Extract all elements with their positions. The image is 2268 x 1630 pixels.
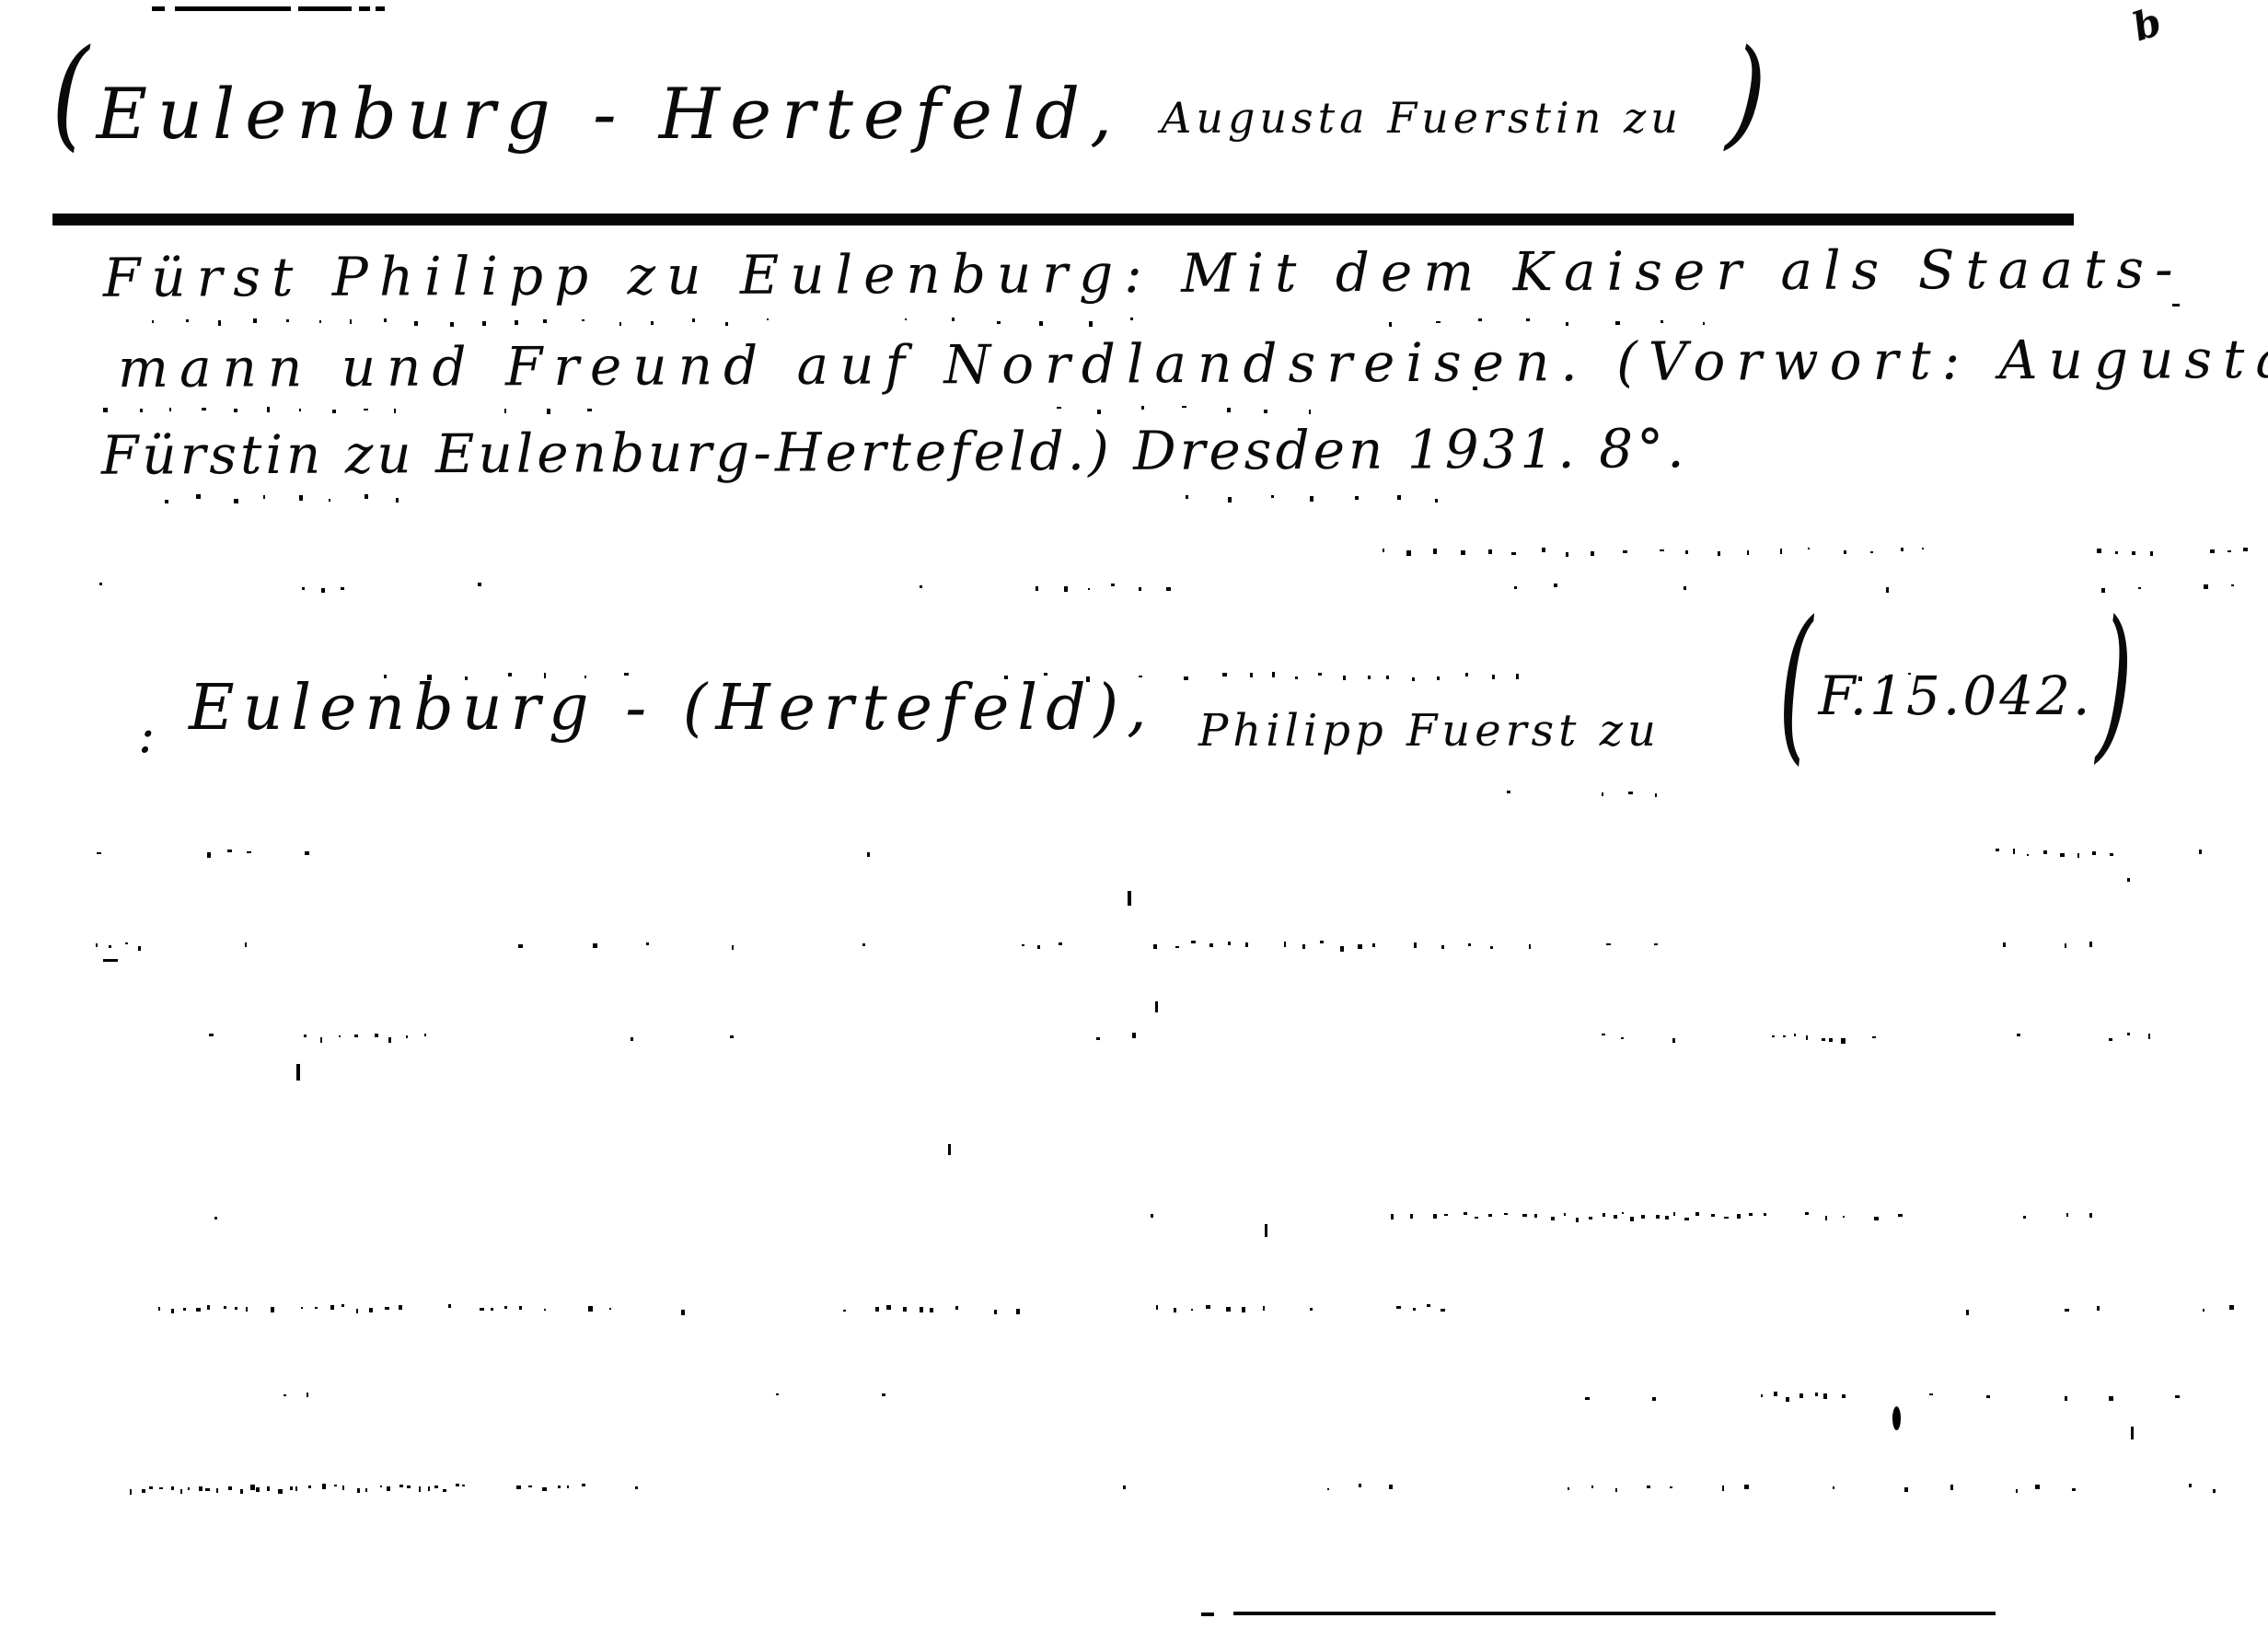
scan-speck xyxy=(1833,1486,1834,1488)
scan-speck xyxy=(1761,1394,1763,1397)
scan-speck xyxy=(202,408,206,410)
scan-speck xyxy=(1780,549,1782,554)
entry-line-2: mann und Freund auf Nordlandsreisen. (Vo… xyxy=(118,332,2268,395)
scan-speck xyxy=(428,1486,431,1492)
scan-speck xyxy=(732,945,734,950)
scan-speck xyxy=(1922,548,1925,549)
entry-line-1: Fürst Philipp zu Eulenburg: Mit dem Kais… xyxy=(103,242,2184,305)
scan-speck xyxy=(218,320,222,326)
scan-speck xyxy=(1022,944,1024,947)
scan-speck xyxy=(380,1485,383,1487)
shelfmark-open-paren: ( xyxy=(1778,599,1812,767)
cross-reference-name: Philipp Fuerst zu xyxy=(1198,709,1660,753)
scan-speck xyxy=(588,1306,593,1311)
scan-speck xyxy=(1614,1215,1617,1220)
scan-speck xyxy=(1815,1393,1819,1396)
scan-mark xyxy=(948,1144,951,1155)
scan-speck xyxy=(1228,497,1232,503)
scan-speck xyxy=(138,946,141,951)
scan-speck xyxy=(1250,673,1253,677)
scan-speck xyxy=(1309,410,1311,414)
scan-mark xyxy=(103,959,118,962)
scan-speck xyxy=(1908,673,1911,675)
scan-speck xyxy=(424,1034,426,1036)
scan-speck xyxy=(619,322,621,326)
scan-speck xyxy=(2203,1309,2205,1312)
scan-speck xyxy=(1383,549,1384,552)
scan-speck xyxy=(1656,1215,1660,1219)
scan-speck xyxy=(1222,673,1226,676)
scan-speck xyxy=(267,407,271,412)
scan-speck xyxy=(528,1485,532,1487)
scan-speck xyxy=(1340,946,1344,952)
scan-speck xyxy=(1737,1214,1740,1220)
scan-speck xyxy=(2204,584,2208,589)
scan-speck xyxy=(253,318,257,323)
scan-speck xyxy=(767,318,769,320)
scan-speck xyxy=(1673,1212,1675,1216)
scan-speck xyxy=(385,1307,389,1310)
scan-speck xyxy=(1359,1484,1361,1487)
scan-speck xyxy=(235,1307,237,1310)
scan-speck xyxy=(504,1306,507,1309)
scan-speck xyxy=(862,943,865,946)
scan-speck xyxy=(1191,1309,1193,1311)
scan-speck xyxy=(205,1488,210,1492)
scan-speck xyxy=(631,1037,633,1041)
scan-speck xyxy=(1898,1214,1903,1217)
scan-speck xyxy=(283,1394,287,1396)
scan-speck xyxy=(1389,1485,1392,1490)
scan-speck xyxy=(342,1485,344,1490)
scan-speck xyxy=(2127,1033,2130,1035)
scan-speck xyxy=(1822,1038,1825,1041)
scan-speck xyxy=(1622,1212,1624,1214)
scan-speck xyxy=(228,1486,232,1489)
scan-speck xyxy=(1589,1217,1592,1220)
scan-speck xyxy=(299,495,303,501)
scan-speck xyxy=(1711,1214,1715,1217)
scan-speck xyxy=(1695,1212,1699,1215)
scan-mark xyxy=(1265,1224,1267,1237)
scan-speck xyxy=(1576,1218,1579,1222)
scan-speck xyxy=(1057,407,1061,409)
scan-speck xyxy=(419,1486,421,1492)
scan-speck xyxy=(1703,322,1706,325)
scan-speck xyxy=(1044,673,1047,675)
scan-speck xyxy=(240,1489,243,1495)
scan-speck xyxy=(384,318,387,322)
scan-speck xyxy=(1591,551,1594,556)
scan-speck xyxy=(1504,1213,1508,1215)
scan-speck xyxy=(396,498,399,503)
scan-speck xyxy=(199,1486,202,1491)
scan-speck xyxy=(646,942,649,945)
scan-speck xyxy=(681,1310,685,1315)
scan-speck xyxy=(515,320,517,324)
scan-speck xyxy=(725,322,729,326)
scan-speck xyxy=(1111,584,1115,586)
scan-speck xyxy=(1724,1217,1729,1220)
scan-speck xyxy=(399,1485,403,1487)
scan-speck xyxy=(584,676,586,679)
scan-speck xyxy=(1130,318,1133,320)
scan-speck xyxy=(1684,1218,1689,1221)
scan-speck xyxy=(1302,944,1305,950)
heading-open-paren: ( xyxy=(52,33,89,153)
scan-speck xyxy=(450,322,454,328)
scan-speck xyxy=(2027,854,2029,857)
scan-speck xyxy=(2092,851,2096,855)
scan-speck xyxy=(843,1310,845,1312)
scan-speck xyxy=(103,408,107,412)
scan-speck xyxy=(1396,1306,1401,1309)
scan-speck xyxy=(1874,1217,1879,1220)
scan-speck xyxy=(1660,320,1664,322)
scan-speck xyxy=(209,1034,214,1037)
scan-speck xyxy=(491,1308,493,1311)
scan-speck xyxy=(1441,945,1444,949)
scan-speck xyxy=(1151,1214,1153,1218)
scan-speck xyxy=(1228,942,1232,946)
scan-speck xyxy=(1858,676,1863,681)
scan-speck xyxy=(1182,406,1186,408)
scan-speck xyxy=(1641,1215,1646,1219)
scan-speck xyxy=(448,1304,452,1308)
scan-speck xyxy=(247,851,251,853)
scan-speck xyxy=(2132,551,2135,555)
scan-speck xyxy=(1522,1214,1527,1217)
scan-speck xyxy=(1037,945,1040,949)
scan-speck xyxy=(2199,850,2202,854)
scan-speck xyxy=(1156,1305,1159,1310)
scan-speck xyxy=(332,410,336,413)
scan-speck xyxy=(234,409,237,412)
scan-speck xyxy=(149,1486,152,1489)
scan-speck xyxy=(2231,584,2234,587)
scan-speck xyxy=(1806,1035,1809,1040)
scan-speck xyxy=(1772,1035,1775,1038)
edge-dash xyxy=(376,6,385,11)
scan-speck xyxy=(216,1488,218,1493)
scan-speck xyxy=(776,1393,779,1395)
scan-speck xyxy=(2115,551,2118,554)
scan-speck xyxy=(1603,1213,1605,1217)
scan-speck xyxy=(2097,549,2101,554)
scan-speck xyxy=(1016,1309,1020,1314)
scan-speck xyxy=(1461,550,1465,555)
scan-speck xyxy=(543,319,547,324)
scan-speck xyxy=(180,1489,182,1495)
scan-speck xyxy=(1284,942,1287,947)
scan-speck xyxy=(407,1485,411,1489)
scan-speck xyxy=(304,1035,307,1037)
scan-speck xyxy=(394,409,396,413)
scan-speck xyxy=(1542,548,1545,552)
scan-speck xyxy=(364,409,367,411)
heading-close-paren: ) xyxy=(1725,32,1769,155)
scan-speck xyxy=(1507,791,1510,793)
scan-speck xyxy=(1153,944,1158,950)
scan-speck xyxy=(1437,676,1441,680)
scan-speck xyxy=(1318,673,1323,676)
scan-speck xyxy=(542,1487,547,1491)
scan-speck xyxy=(1870,551,1873,554)
scan-speck xyxy=(867,852,870,857)
scan-speck xyxy=(920,585,921,588)
scan-speck xyxy=(1089,321,1093,327)
scan-speck xyxy=(544,1309,546,1311)
scan-speck xyxy=(350,319,352,324)
scan-speck xyxy=(1139,587,1141,592)
scan-speck xyxy=(207,1305,211,1310)
scan-speck xyxy=(1123,1485,1126,1490)
scan-speck xyxy=(1805,1212,1810,1215)
scan-speck xyxy=(482,321,486,326)
scan-speck xyxy=(2110,853,2113,857)
scan-speck xyxy=(624,673,629,676)
scan-speck xyxy=(330,1305,334,1310)
scan-speck xyxy=(1843,1216,1845,1219)
scan-speck xyxy=(1272,672,1275,677)
scan-speck xyxy=(1665,1216,1669,1220)
scan-speck xyxy=(1591,1485,1593,1489)
scan-speck xyxy=(1414,942,1417,948)
scan-speck xyxy=(1585,1397,1589,1401)
scan-speck xyxy=(1786,1397,1788,1402)
scan-speck xyxy=(1885,676,1890,679)
scan-speck xyxy=(582,319,584,321)
scan-speck xyxy=(582,1484,586,1486)
scan-speck xyxy=(1488,549,1492,554)
scan-mark xyxy=(1892,1406,1901,1430)
scan-speck xyxy=(1464,1212,1467,1215)
scan-speck xyxy=(518,944,523,949)
shelfmark-close-paren: ) xyxy=(2096,597,2135,769)
scan-speck xyxy=(2003,942,2006,948)
scan-speck xyxy=(1478,318,1482,320)
scan-speck xyxy=(516,1485,521,1489)
scan-speck xyxy=(651,321,654,326)
scan-speck xyxy=(169,408,171,412)
scan-speck xyxy=(295,1486,297,1491)
entry-line-3: Fürstin zu Eulenburg-Hertefeld.) Dresden… xyxy=(101,422,1688,482)
scan-speck xyxy=(130,1489,133,1495)
scan-speck xyxy=(1606,943,1610,945)
scan-speck xyxy=(2210,549,2215,553)
scan-speck xyxy=(2109,1396,2113,1401)
scan-speck xyxy=(1088,588,1091,590)
scan-speck xyxy=(2101,588,2105,593)
scan-speck xyxy=(1825,1216,1827,1221)
scan-speck xyxy=(286,319,289,322)
scan-speck xyxy=(1794,1034,1796,1036)
scan-speck xyxy=(1435,499,1438,503)
scan-speck xyxy=(1186,495,1188,499)
scan-speck xyxy=(1950,1485,1954,1490)
scan-speck xyxy=(443,1489,445,1493)
scan-speck xyxy=(1799,1393,1803,1398)
scan-speck xyxy=(1615,321,1620,325)
scan-speck xyxy=(1372,943,1375,948)
scan-speck xyxy=(2065,1396,2068,1401)
scan-speck xyxy=(1718,551,1720,556)
scan-speck xyxy=(388,1037,391,1043)
scan-speck xyxy=(920,1307,923,1312)
scan-speck xyxy=(96,943,98,947)
scan-speck xyxy=(1097,410,1101,413)
scan-speck xyxy=(1808,548,1811,550)
scan-speck xyxy=(1444,1214,1448,1216)
scan-speck xyxy=(1184,676,1188,680)
scan-speck xyxy=(1566,552,1569,557)
scan-speck xyxy=(1368,676,1371,679)
scan-speck xyxy=(2213,1489,2216,1494)
scan-speck xyxy=(1271,495,1274,497)
scan-speck xyxy=(635,1486,638,1489)
scan-speck xyxy=(171,1309,175,1313)
scan-speck xyxy=(2089,942,2093,947)
scan-speck xyxy=(1263,1306,1265,1311)
scan-speck xyxy=(1433,549,1437,554)
scan-speck xyxy=(2066,1213,2069,1217)
scan-speck xyxy=(1652,1397,1656,1402)
scan-speck xyxy=(2035,1485,2040,1489)
scan-speck xyxy=(319,320,322,324)
scan-speck xyxy=(365,1488,367,1491)
scan-mark xyxy=(2172,304,2180,306)
scan-speck xyxy=(1132,1033,1136,1038)
scan-speck xyxy=(1139,676,1142,677)
scan-speck xyxy=(1295,676,1298,679)
scan-speck xyxy=(125,942,128,944)
scan-speck xyxy=(1433,1214,1437,1219)
scan-speck xyxy=(1722,1485,1724,1491)
scan-speck xyxy=(955,1306,959,1310)
scan-speck xyxy=(1929,1393,1933,1395)
scan-speck xyxy=(384,675,387,679)
scan-speck xyxy=(399,1305,402,1309)
scan-speck xyxy=(1191,941,1196,943)
scan-speck xyxy=(2243,548,2248,551)
scan-speck xyxy=(508,673,512,676)
scan-speck xyxy=(159,1487,163,1489)
edge-dash xyxy=(152,6,165,11)
scan-speck xyxy=(301,1307,303,1309)
scan-speck xyxy=(142,1489,145,1494)
heading-rule xyxy=(52,214,2074,225)
scan-speck xyxy=(246,1307,248,1312)
scan-speck xyxy=(375,1034,378,1038)
heading-name: Eulenburg - Hertefeld, xyxy=(97,79,1123,149)
scan-speck xyxy=(2097,1306,2100,1310)
scan-mark xyxy=(296,1064,300,1081)
scan-speck xyxy=(478,583,481,586)
scan-speck xyxy=(158,1307,161,1311)
scan-speck xyxy=(1465,673,1468,676)
scan-speck xyxy=(1004,676,1008,680)
scan-speck xyxy=(1749,1213,1753,1217)
scan-speck xyxy=(290,1486,293,1490)
scan-speck xyxy=(1904,1487,1907,1492)
scan-speck xyxy=(1436,321,1441,323)
scan-speck xyxy=(1174,1308,1176,1313)
scan-speck xyxy=(227,850,232,852)
scan-speck xyxy=(1986,1395,1990,1398)
scan-speck xyxy=(1685,550,1688,554)
scan-mark xyxy=(2131,1427,2134,1439)
scan-speck xyxy=(2013,849,2015,854)
scan-speck xyxy=(354,1035,358,1037)
scan-speck xyxy=(186,319,189,322)
scan-speck xyxy=(567,1485,569,1488)
scan-speck xyxy=(320,1037,322,1042)
scan-speck xyxy=(2189,1484,2193,1487)
corner-mark: b xyxy=(2128,2,2166,47)
scan-speck xyxy=(2077,853,2079,858)
scan-speck xyxy=(1310,496,1313,502)
scan-speck xyxy=(456,1484,460,1486)
scan-speck xyxy=(434,1485,437,1488)
bottom-rule xyxy=(1233,1612,1996,1615)
scan-speck xyxy=(224,1306,226,1309)
scan-speck xyxy=(299,409,301,411)
scan-speck xyxy=(587,409,592,411)
scan-speck xyxy=(2229,1305,2234,1310)
scan-speck xyxy=(1096,1037,1100,1041)
scan-speck xyxy=(406,1035,408,1038)
scan-speck xyxy=(1566,322,1568,326)
scan-speck xyxy=(427,675,432,679)
scan-speck xyxy=(278,1489,283,1494)
scan-speck xyxy=(1086,676,1090,682)
scan-speck xyxy=(1226,1307,1231,1312)
scan-speck xyxy=(250,1485,255,1490)
scan-speck xyxy=(480,1308,483,1310)
scan-speck xyxy=(1327,1488,1330,1490)
scan-speck xyxy=(341,587,344,590)
scan-speck xyxy=(1441,1309,1445,1312)
scan-mark xyxy=(1473,387,1477,390)
scan-speck xyxy=(905,318,907,320)
scan-speck xyxy=(547,409,550,414)
scan-speck xyxy=(1343,676,1347,681)
heading-qualifier: Augusta Fuerstin zu xyxy=(1161,97,1683,139)
scan-speck xyxy=(903,1307,907,1311)
card-heading: ( Eulenburg - Hertefeld, Augusta Fuersti… xyxy=(52,57,1762,153)
scan-speck xyxy=(109,945,111,948)
scan-speck xyxy=(994,1310,996,1314)
scan-speck xyxy=(1966,1310,1968,1315)
scan-speck xyxy=(1654,943,1658,945)
scan-speck xyxy=(152,320,154,323)
scan-speck xyxy=(1397,495,1401,501)
scan-speck xyxy=(1206,1305,1210,1310)
scan-speck xyxy=(1492,675,1495,679)
scan-speck xyxy=(356,1309,358,1313)
scan-speck xyxy=(263,495,265,499)
scan-speck xyxy=(267,1486,269,1491)
scan-speck xyxy=(2227,550,2231,553)
scan-speck xyxy=(214,1217,217,1220)
scan-speck xyxy=(1410,1214,1413,1220)
scan-speck xyxy=(1623,550,1627,553)
scan-speck xyxy=(1783,1035,1787,1037)
shelfmark: ( F.15.042. ) xyxy=(1778,639,2133,727)
scan-speck xyxy=(1630,1217,1634,1221)
scan-speck xyxy=(196,1308,201,1312)
scan-speck xyxy=(1526,318,1530,321)
